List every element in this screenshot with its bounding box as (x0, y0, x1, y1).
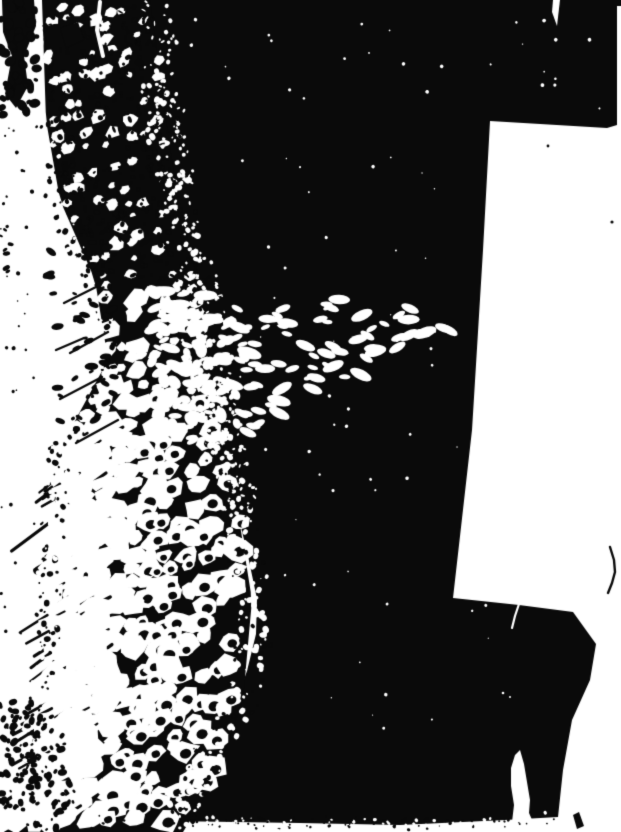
halftone-photo-canvas (0, 0, 621, 832)
scanned-photo-page (0, 0, 621, 832)
